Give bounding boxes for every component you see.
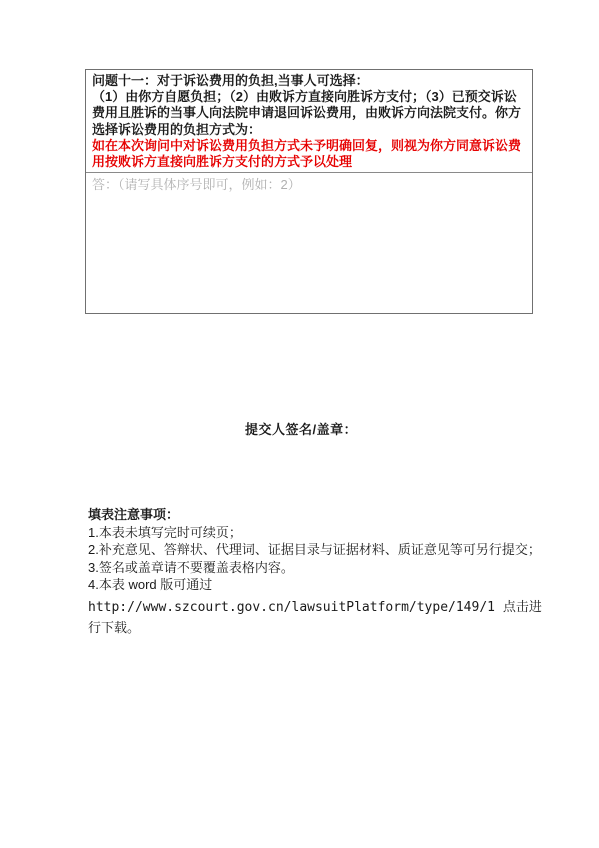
- form-notes: 填表注意事项： 1.本表未填写完时可续页； 2.补充意见、答辩状、代理词、证据目…: [88, 506, 550, 640]
- submitter-signature-label: 提交人签名/盖章：: [245, 419, 357, 438]
- download-line: http://www.szcourt.gov.cn/lawsuitPlatfor…: [88, 597, 550, 640]
- question-warning-text: 如在本次询问中对诉讼费用负担方式未予明确回复，则视为你方同意诉讼费用按败诉方直接…: [92, 138, 526, 170]
- answer-placeholder: 答：（请写具体序号即可，例如：2）: [92, 177, 301, 192]
- question-cell: 问题十一：对于诉讼费用的负担,当事人可选择： （1）由你方自愿负担；（2）由败诉…: [86, 70, 532, 173]
- question-title: 问题十一：对于诉讼费用的负担,当事人可选择：: [92, 73, 526, 89]
- download-url-link[interactable]: http://www.szcourt.gov.cn/lawsuitPlatfor…: [88, 600, 495, 615]
- notes-title: 填表注意事项：: [88, 506, 550, 524]
- note-item-1: 1.本表未填写完时可续页；: [88, 524, 550, 542]
- document-page: 问题十一：对于诉讼费用的负担,当事人可选择： （1）由你方自愿负担；（2）由败诉…: [0, 0, 599, 848]
- note-item-3: 3.签名或盖章请不要覆盖表格内容。: [88, 559, 550, 577]
- note-item-4: 4.本表 word 版可通过: [88, 576, 550, 594]
- question-11-table: 问题十一：对于诉讼费用的负担,当事人可选择： （1）由你方自愿负担；（2）由败诉…: [85, 69, 533, 314]
- answer-input-area[interactable]: 答：（请写具体序号即可，例如：2）: [86, 173, 532, 313]
- note-item-2: 2.补充意见、答辩状、代理词、证据目录与证据材料、质证意见等可另行提交；: [88, 541, 550, 559]
- question-options-text: （1）由你方自愿负担；（2）由败诉方直接向胜诉方支付；（3）已预交诉讼费用且胜诉…: [92, 89, 526, 138]
